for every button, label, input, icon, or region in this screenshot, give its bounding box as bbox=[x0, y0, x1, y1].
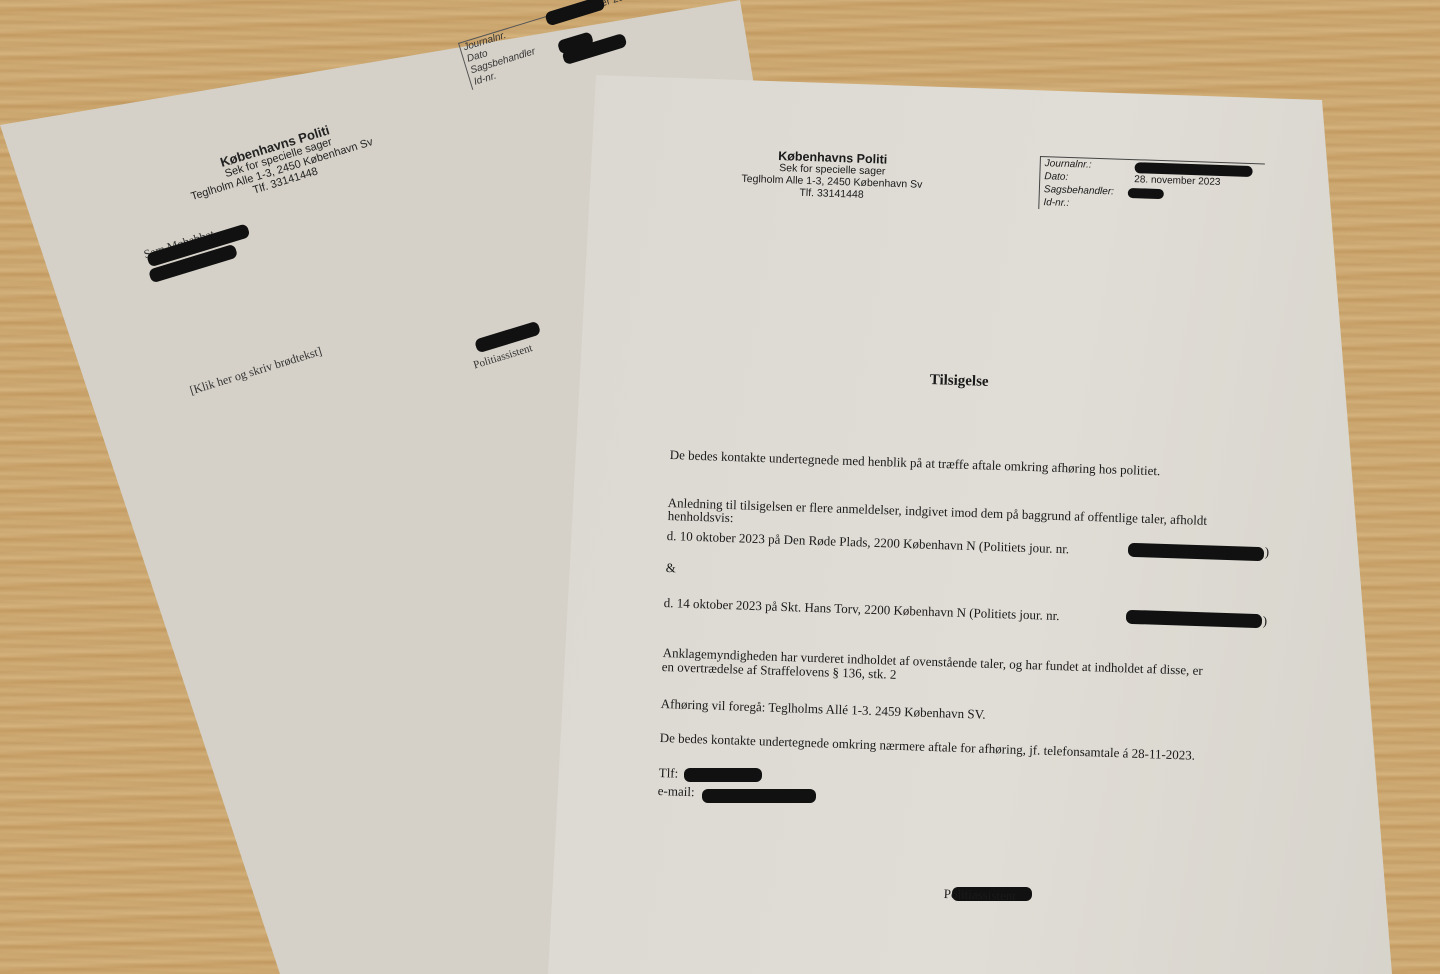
paragraph-1: De bedes kontakte undertegnede med henbl… bbox=[670, 448, 1161, 478]
signer-title: Politiassistent bbox=[943, 886, 1016, 904]
redaction bbox=[1128, 188, 1164, 199]
redaction bbox=[1126, 610, 1262, 629]
paragraph-5: De bedes kontakte undertegnede omkring n… bbox=[660, 731, 1196, 763]
redaction bbox=[1128, 543, 1264, 562]
close-paren: ) bbox=[1265, 545, 1270, 559]
id-label: Id-nr.: bbox=[1043, 196, 1133, 212]
redaction bbox=[702, 789, 816, 803]
ampersand: & bbox=[666, 561, 677, 575]
front-letter-header: Københavns Politi Sek for specielle sage… bbox=[716, 148, 947, 204]
paragraph-2-line-2: henholdsvis: bbox=[668, 509, 734, 525]
paragraph-4: Afhøring vil foregå: Teglholms Allé 1-3.… bbox=[661, 697, 986, 722]
front-letter: Københavns Politi Sek for specielle sage… bbox=[0, 0, 1440, 974]
front-letter-meta: Journalnr.: Dato:28. november 2023 Sagsb… bbox=[1038, 156, 1265, 216]
paragraph-2-line-1: Anledning til tilsigelsen er flere anmel… bbox=[668, 496, 1208, 528]
event-2: d. 14 oktober 2023 på Skt. Hans Torv, 22… bbox=[664, 596, 1060, 623]
document-title: Tilsigelse bbox=[929, 372, 988, 391]
redaction bbox=[684, 768, 762, 782]
phone-label: Tlf: bbox=[659, 766, 679, 781]
event-1: d. 10 oktober 2023 på Den Røde Plads, 22… bbox=[667, 529, 1070, 556]
email-label: e-mail: bbox=[658, 784, 695, 799]
close-paren: ) bbox=[1263, 614, 1268, 628]
